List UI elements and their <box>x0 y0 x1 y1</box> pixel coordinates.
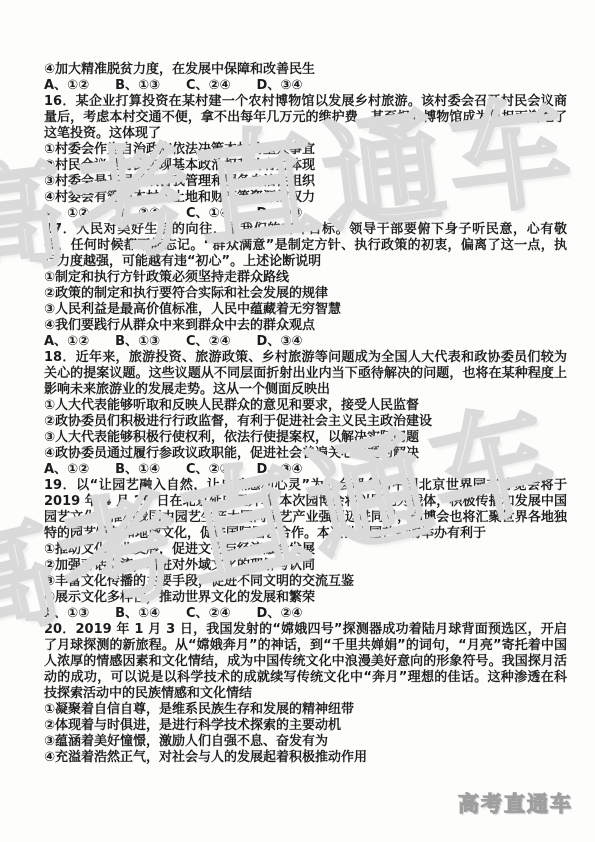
question-20: 20．2019 年 1 月 3 日，我国发射的“嫦娥四号”探测器成功着陆月球背面… <box>44 622 567 766</box>
q15-answer-choices: A、①② B、①③ C、②④ D、③④ <box>44 78 567 94</box>
question-19: 19．以“让园艺融入自然，让自然感动心灵”为办会理念的中国北京世界园艺博览会将于… <box>44 478 567 622</box>
question-17-text: 人民对美好生活的向往，是我们的奋斗目标。领导干部要俯下身子听民意，心有敬畏，任何… <box>44 222 567 269</box>
question-20-option-1: ①凝聚着自信自尊，是维系民族生存和发展的精神纽带 <box>44 702 567 718</box>
question-19-option-4: ④展示文化多样性，推动世界文化的发展和繁荣 <box>44 590 567 606</box>
question-17-option-3: ③人民利益是最高价值标准，人民中蕴藏着无穷智慧 <box>44 302 567 318</box>
question-17-option-2: ②政策的制定和执行要符合实际和社会发展的规律 <box>44 286 567 302</box>
question-20-text: 2019 年 1 月 3 日，我国发射的“嫦娥四号”探测器成功着陆月球背面预选区… <box>44 622 567 701</box>
question-16: 16．某企业打算投资在某村建一个农村博物馆以发展乡村旅游。该村委会召开村民会议商… <box>44 94 567 222</box>
question-20-number: 20． <box>44 622 76 637</box>
question-18: 18．近年来，旅游投资、旅游政策、乡村旅游等问题成为全国人大代表和政协委员们较为… <box>44 350 567 478</box>
question-16-number: 16． <box>44 94 76 109</box>
footer-watermark-logo: 高考直通车 <box>458 788 573 818</box>
question-17-option-4: ④我们要践行从群众中来到群众中去的群众观点 <box>44 318 567 334</box>
question-16-option-2: ②村民会议是村民实现基本政治权利的有力体现 <box>44 158 567 174</box>
question-17-option-1: ①制定和执行方针政策必须坚持走群众路线 <box>44 270 567 286</box>
question-16-option-3: ③村委会是基层群众自我管理和服务自治性组织 <box>44 174 567 190</box>
question-19-option-1: ①推动文化产业发展，促进文化与经济融合发展 <box>44 542 567 558</box>
question-19-option-3: ③丰富文化传播的主要手段，促进不同文明的交流互鉴 <box>44 574 567 590</box>
question-18-option-3: ③人大代表能够积极行使权利，依法行使提案权，以解决实际问题 <box>44 430 567 446</box>
question-18-number: 18． <box>44 350 76 365</box>
question-18-stem: 18．近年来，旅游投资、旅游政策、乡村旅游等问题成为全国人大代表和政协委员们较为… <box>44 350 567 398</box>
question-19-stem: 19．以“让园艺融入自然，让自然感动心灵”为办会理念的中国北京世界园艺博览会将于… <box>44 478 567 542</box>
question-20-option-4: ④充溢着浩然正气，对社会与人的发展起着积极推动作用 <box>44 750 567 766</box>
question-16-text: 某企业打算投资在某村建一个农村博物馆以发展乡村旅游。该村委会召开村民会议商量后，… <box>44 94 567 141</box>
question-18-text: 近年来，旅游投资、旅游政策、乡村旅游等问题成为全国人大代表和政协委员们较为关心的… <box>44 350 567 397</box>
question-17-answer-choices: A、①② B、①③ C、②④ D、③④ <box>44 334 567 350</box>
question-20-stem: 20．2019 年 1 月 3 日，我国发射的“嫦娥四号”探测器成功着陆月球背面… <box>44 622 567 702</box>
question-17-stem: 17．人民对美好生活的向往，是我们的奋斗目标。领导干部要俯下身子听民意，心有敬畏… <box>44 222 567 270</box>
question-20-option-3: ③蕴涵着美好憧憬，激励人们自强不息、奋发有为 <box>44 734 567 750</box>
question-19-text: 以“让园艺融入自然，让自然感动心灵”为办会理念的中国北京世界园艺博览会将于 20… <box>44 478 567 541</box>
question-18-option-4: ④政协委员通过履行参政议政职能，促进社会普遍关心问题的解决 <box>44 446 567 462</box>
question-19-number: 19． <box>44 478 76 493</box>
question-16-option-1: ①村委会作为自治政府依法决策本村的重大事宜 <box>44 142 567 158</box>
question-16-option-4: ④村委会有管理本村的土地和财产等资源的权力 <box>44 190 567 206</box>
question-17: 17．人民对美好生活的向往，是我们的奋斗目标。领导干部要俯下身子听民意，心有敬畏… <box>44 222 567 350</box>
question-16-stem: 16．某企业打算投资在某村建一个农村博物馆以发展乡村旅游。该村委会召开村民会议商… <box>44 94 567 142</box>
exam-content: ④加大精准脱贫力度，在发展中保障和改善民生 A、①② B、①③ C、②④ D、③… <box>44 62 567 766</box>
question-18-option-2: ②政协委员们积极进行行政监督，有利于促进社会主义民主政治建设 <box>44 414 567 430</box>
question-18-answer-choices: A、①② B、①④ C、②③ D、③④ <box>44 462 567 478</box>
question-17-number: 17． <box>44 222 76 237</box>
question-19-option-2: ②加强对话交流，增进对外域文化的理解与认同 <box>44 558 567 574</box>
q15-option-4: ④加大精准脱贫力度，在发展中保障和改善民生 <box>44 62 567 78</box>
question-20-option-2: ②体现着与时俱进，是进行科学技术探索的主要动机 <box>44 718 567 734</box>
question-16-answer-choices: A、①② B、③④ C、①④ D、②③ <box>44 206 567 222</box>
exam-page: 高考直通车 高考直通车 ④加大精准脱贫力度，在发展中保障和改善民生 A、①② B… <box>0 0 595 842</box>
question-19-answer-choices: A、①③ B、①④ C、②④ D、②④ <box>44 606 567 622</box>
question-18-option-1: ①人大代表能够听取和反映人民群众的意见和要求，接受人民监督 <box>44 398 567 414</box>
